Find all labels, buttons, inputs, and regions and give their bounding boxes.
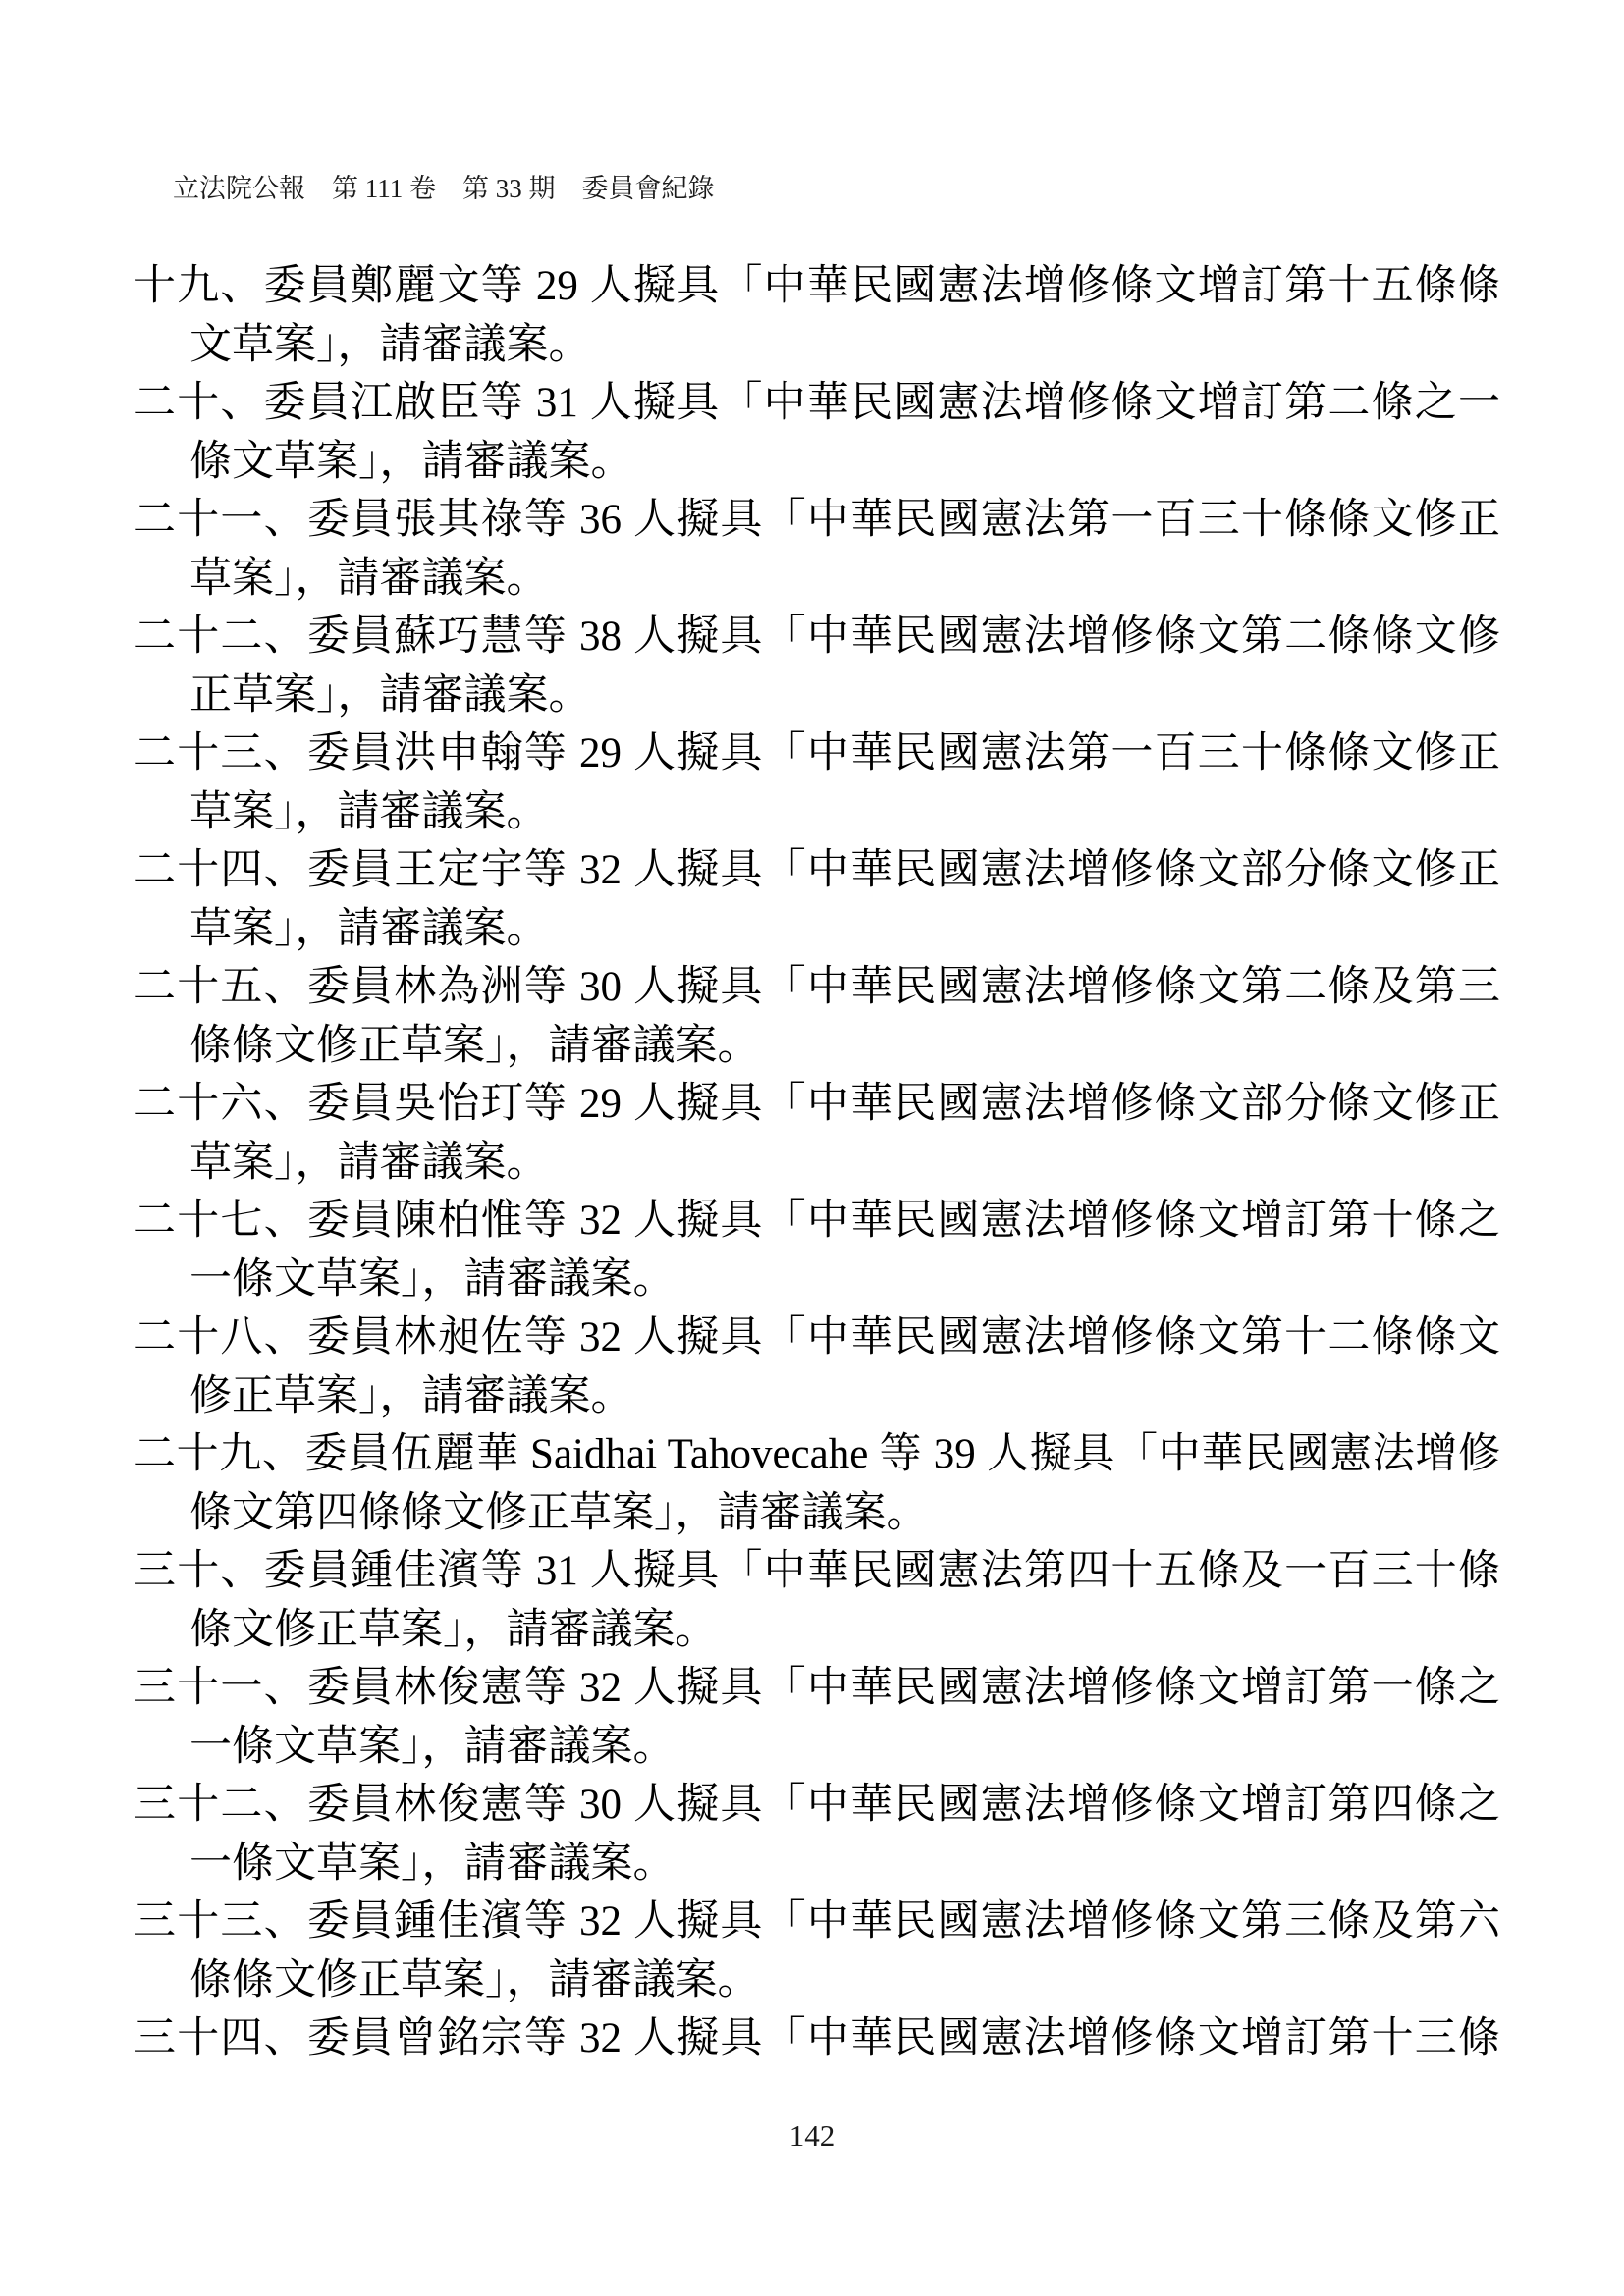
bill-item-line-first: 二十六、委員吳怡玎等 29 人擬具「中華民國憲法增修條文部分條文修正 bbox=[134, 1075, 1500, 1134]
bill-item-line-first: 二十三、委員洪申翰等 29 人擬具「中華民國憲法第一百三十條條文修正 bbox=[134, 724, 1500, 783]
bill-item-line-first: 二十八、委員林昶佐等 32 人擬具「中華民國憲法增修條文第十二條條文 bbox=[134, 1308, 1500, 1367]
bill-item-line-continuation: 條文草案」，請審議案。 bbox=[189, 433, 1556, 492]
bill-item-line-continuation: 一條文草案」，請審議案。 bbox=[189, 1718, 1556, 1777]
bill-item-line-first: 十九、委員鄭麗文等 29 人擬具「中華民國憲法增修條文增訂第十五條條 bbox=[134, 257, 1500, 316]
bill-item-line-continuation: 一條文草案」，請審議案。 bbox=[189, 1835, 1556, 1894]
bill-item-line-first: 二十七、委員陳柏惟等 32 人擬具「中華民國憲法增修條文增訂第十條之 bbox=[134, 1192, 1500, 1251]
gazette-page: 立法院公報 第 111 卷 第 33 期 委員會紀錄 十九、委員鄭麗文等 29 … bbox=[0, 0, 1624, 2296]
bill-item-line-first: 三十二、委員林俊憲等 30 人擬具「中華民國憲法增修條文增訂第四條之 bbox=[134, 1776, 1500, 1835]
bill-item-line-continuation: 文草案」，請審議案。 bbox=[189, 316, 1556, 375]
page-number: 142 bbox=[0, 2118, 1624, 2154]
bill-item-line-first: 二十一、委員張其祿等 36 人擬具「中華民國憲法第一百三十條條文修正 bbox=[134, 491, 1500, 550]
bill-item-line-first: 二十九、委員伍麗華 Saidhai Tahovecahe 等 39 人擬具「中華… bbox=[134, 1425, 1500, 1484]
bill-item-line-first: 二十五、委員林為洲等 30 人擬具「中華民國憲法增修條文第二條及第三 bbox=[134, 958, 1500, 1017]
bill-item-line-continuation: 草案」，請審議案。 bbox=[189, 550, 1556, 609]
bill-item-line-first: 三十、委員鍾佳濱等 31 人擬具「中華民國憲法第四十五條及一百三十條 bbox=[134, 1542, 1500, 1601]
bill-item-line-first: 三十四、委員曾銘宗等 32 人擬具「中華民國憲法增修條文增訂第十三條 bbox=[134, 2009, 1500, 2068]
bill-item-line-first: 二十二、委員蘇巧慧等 38 人擬具「中華民國憲法增修條文第二條條文修 bbox=[134, 608, 1500, 667]
bill-item-line-continuation: 條文第四條條文修正草案」，請審議案。 bbox=[189, 1484, 1556, 1543]
bill-item-line-continuation: 正草案」，請審議案。 bbox=[189, 667, 1556, 725]
bill-item-line-first: 二十四、委員王定宇等 32 人擬具「中華民國憲法增修條文部分條文修正 bbox=[134, 841, 1500, 900]
bill-list: 十九、委員鄭麗文等 29 人擬具「中華民國憲法增修條文增訂第十五條條文草案」，請… bbox=[134, 257, 1500, 2068]
bill-item-line-continuation: 一條文草案」，請審議案。 bbox=[189, 1251, 1556, 1309]
bill-item-line-continuation: 條條文修正草案」，請審議案。 bbox=[189, 1017, 1556, 1076]
bill-item-line-first: 二十、委員江啟臣等 31 人擬具「中華民國憲法增修條文增訂第二條之一 bbox=[134, 374, 1500, 433]
bill-item-line-continuation: 草案」，請審議案。 bbox=[189, 900, 1556, 959]
bill-item-line-continuation: 草案」，請審議案。 bbox=[189, 1134, 1556, 1193]
bill-item-line-continuation: 草案」，請審議案。 bbox=[189, 783, 1556, 842]
running-header: 立法院公報 第 111 卷 第 33 期 委員會紀錄 bbox=[173, 167, 715, 205]
bill-item-line-first: 三十一、委員林俊憲等 32 人擬具「中華民國憲法增修條文增訂第一條之 bbox=[134, 1659, 1500, 1718]
bill-item-line-continuation: 修正草案」，請審議案。 bbox=[189, 1367, 1556, 1426]
bill-item-line-continuation: 條條文修正草案」，請審議案。 bbox=[189, 1951, 1556, 2010]
bill-item-line-continuation: 條文修正草案」，請審議案。 bbox=[189, 1601, 1556, 1660]
bill-item-line-first: 三十三、委員鍾佳濱等 32 人擬具「中華民國憲法增修條文第三條及第六 bbox=[134, 1893, 1500, 1951]
